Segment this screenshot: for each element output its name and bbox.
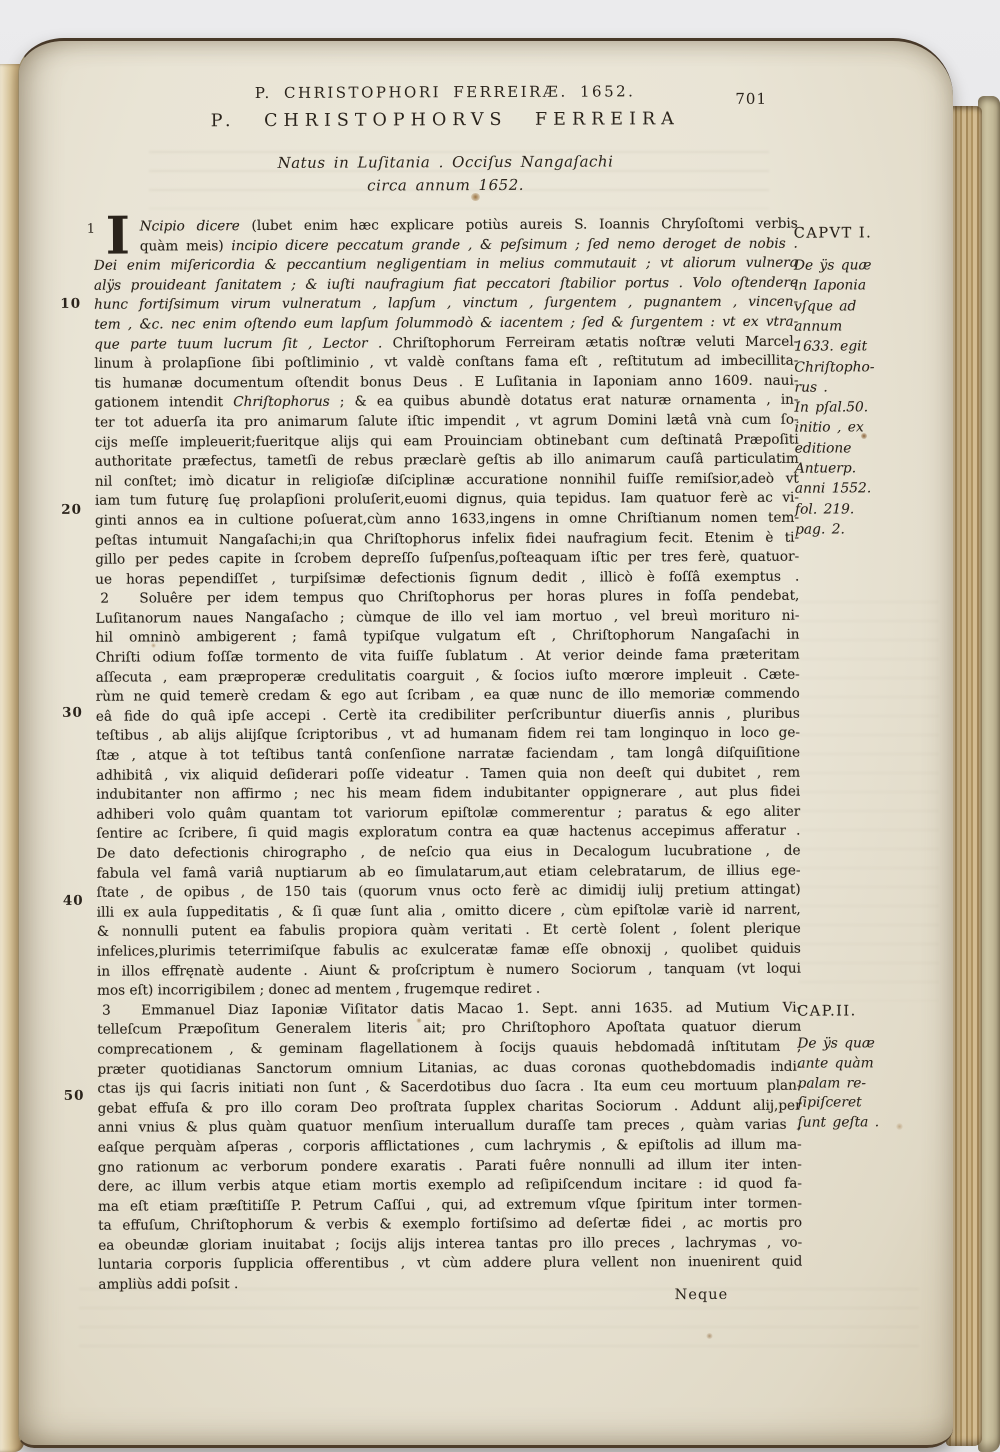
text-line: gillo per pedes capite in ſcrobem depreſ…: [95, 548, 799, 571]
line-number: 10: [47, 296, 81, 312]
chapter-heading: CAP.II.: [797, 1003, 927, 1020]
text-line: ter tot aduerſa ita pro animarum ſalute …: [95, 411, 799, 434]
margin-note-line: anni 1552.: [795, 480, 935, 497]
margin-note-line: vſque ad: [794, 298, 934, 315]
line-number: 40: [50, 893, 84, 909]
subtitle-line1: Natus in Luſitania . Occiſus Nangaſachi: [93, 152, 797, 173]
text-line: comprecationem , & geminam flagellatione…: [97, 1038, 801, 1061]
text-line: tem , &c. nec enim oſtendo eum lapſum ſo…: [94, 313, 798, 336]
text-line: ginti annos ea in cultione poſuerat,cùm …: [95, 509, 799, 532]
paragraph-number: 2: [95, 590, 139, 610]
text-line: ctas ijs qui ſacris initiati non ſunt , …: [97, 1077, 801, 1100]
book-photo-scene: P. CHRISTOPHORI FERREIRÆ. 1652. 701 P. C…: [0, 0, 1000, 1452]
margin-note-line: fol. 219.: [795, 501, 935, 518]
margin-note-line: palam re-: [797, 1075, 937, 1092]
text-line: ſtæ , atque à tot teſtibus tantâ conſenſ…: [96, 744, 800, 767]
margin-note-line: annum: [794, 318, 934, 335]
subtitle-line2: circa annum 1652.: [94, 175, 798, 196]
margin-note-line: In pſal.50.: [795, 399, 935, 416]
margin-note-line: rus .: [794, 379, 934, 396]
margin-note-line: De ÿs quæ: [797, 1035, 937, 1052]
text-line: infelices,plurimis teterrimiſque fabulis…: [97, 940, 801, 963]
paragraph-number: 3: [97, 1001, 141, 1021]
margin-note-line: De ÿs quæ: [794, 257, 934, 274]
text-line: luntaria corporis ſupplicia offerentibus…: [98, 1253, 802, 1276]
book-page: P. CHRISTOPHORI FERREIRÆ. 1652. 701 P. C…: [18, 38, 953, 1448]
text-block: Ncipio dicere (lubet enim hæc explicare …: [94, 215, 803, 1296]
text-line: authoritate præfectus, tametſi de rebus …: [95, 450, 799, 473]
text-line: Chriſti odium foſſæ tormento de vita fui…: [96, 646, 800, 669]
margin-note-line: in Iaponia: [794, 277, 934, 294]
margin-note-line: Antuerp.: [795, 460, 935, 477]
line-number: 30: [49, 705, 83, 721]
margin-note-line: ſipiſceret: [798, 1094, 938, 1111]
text-line: Ncipio dicere (lubet enim hæc explicare …: [94, 215, 798, 238]
running-head: P. CHRISTOPHORI FERREIRÆ. 1652.: [93, 82, 797, 103]
text-line: De dato defectionis chirographo , de neſ…: [96, 842, 800, 865]
text-line: eaſque perquàm aſperas , corporis afflic…: [98, 1136, 802, 1159]
margin-note-line: 1633. egit: [794, 338, 934, 355]
margin-note-line: initio , ex: [795, 419, 935, 436]
book-photograph: { "colors":{"paper":"#e9e4d5","ink":"#2a…: [0, 0, 1000, 1452]
text-line: in illos effręnatè audente . Aiunt & pro…: [97, 959, 801, 982]
text-line: linum à prolapſione ſibi poſtliminio , v…: [94, 352, 798, 375]
text-line: dere, ac illum verbis atque etiam mortis…: [98, 1175, 802, 1198]
margin-note-line: pag. 2.: [795, 521, 935, 538]
margin-note-line: editione: [795, 440, 935, 457]
margin-note-line: Chriſtopho-: [794, 359, 934, 376]
page-number: 701: [706, 90, 796, 108]
line-number: 50: [51, 1088, 85, 1104]
page-content: P. CHRISTOPHORI FERREIRÆ. 1652. 701 P. C…: [16, 39, 956, 1447]
chapter-heading: CAPVT I.: [794, 225, 924, 242]
page-title: P. CHRISTOPHORVS FERREIRA: [93, 109, 797, 132]
margin-note-line: ante quàm: [797, 1055, 937, 1072]
margin-note-line: ſunt geſta .: [798, 1114, 938, 1131]
line-number: 20: [48, 502, 82, 518]
catchword: Neque: [621, 1287, 781, 1304]
